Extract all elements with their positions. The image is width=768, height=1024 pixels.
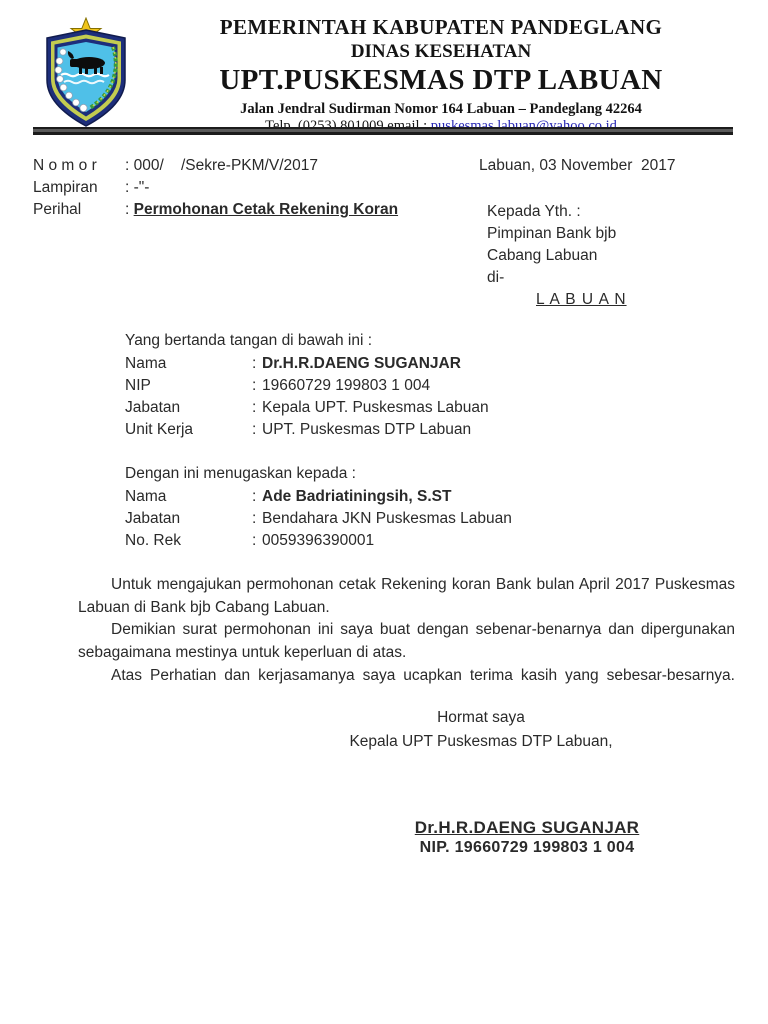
- row-colon: :: [252, 532, 262, 550]
- row-value: Ade Badriatiningsih, S.ST: [262, 488, 451, 505]
- department-name: DINAS KESEHATAN: [142, 41, 740, 62]
- signature-nip: NIP. 19660729 199803 1 004: [381, 839, 673, 857]
- row-colon: :: [252, 421, 262, 439]
- letter-body: Untuk mengajukan permohonan cetak Rekeni…: [78, 574, 735, 688]
- row-label: Nama: [125, 355, 252, 373]
- closing-salutation: Hormat saya: [337, 706, 625, 730]
- row-colon: :: [252, 399, 262, 417]
- perihal-label: Perihal: [33, 201, 125, 219]
- scanned-letter-page: PEMERINTAH KABUPATEN PANDEGLANG DINAS KE…: [0, 0, 768, 1024]
- government-name: PEMERINTAH KABUPATEN PANDEGLANG: [142, 16, 740, 40]
- letterhead-text: PEMERINTAH KABUPATEN PANDEGLANG DINAS KE…: [142, 14, 740, 135]
- signer-row-nip: NIP:19660729 199803 1 004: [125, 377, 430, 395]
- signature-block: Dr.H.R.DAENG SUGANJAR NIP. 19660729 1998…: [381, 818, 673, 857]
- body-paragraph-1: Untuk mengajukan permohonan cetak Rekeni…: [78, 574, 735, 619]
- letterhead-divider: [33, 127, 733, 135]
- lampiran-row: Lampiran: -"-: [33, 179, 149, 197]
- recipient-salutation: Kepada Yth. :: [487, 201, 627, 223]
- lampiran-value: : -"-: [125, 179, 149, 196]
- signer-row-nama: Nama:Dr.H.R.DAENG SUGANJAR: [125, 355, 461, 373]
- recipient-city: L A B U A N: [536, 291, 627, 308]
- office-address: Jalan Jendral Sudirman Nomor 164 Labuan …: [142, 101, 740, 117]
- row-value: Dr.H.R.DAENG SUGANJAR: [262, 355, 461, 372]
- signer-intro: Yang bertanda tangan di bawah ini :: [125, 332, 372, 350]
- letterhead: PEMERINTAH KABUPATEN PANDEGLANG DINAS KE…: [36, 14, 740, 135]
- row-label: Jabatan: [125, 399, 252, 417]
- recipient-city-line: L A B U A N: [487, 289, 627, 311]
- row-label: Unit Kerja: [125, 421, 252, 439]
- assignee-row-nama: Nama:Ade Badriatiningsih, S.ST: [125, 488, 451, 506]
- row-value: 19660729 199803 1 004: [262, 377, 430, 394]
- row-value: Kepala UPT. Puskesmas Labuan: [262, 399, 489, 416]
- row-value: 0059396390001: [262, 532, 374, 549]
- row-colon: :: [252, 510, 262, 528]
- letter-date: Labuan, 03 November 2017: [479, 157, 675, 175]
- perihal-value: Permohonan Cetak Rekening Koran: [134, 201, 398, 218]
- assignee-row-jabatan: Jabatan:Bendahara JKN Puskesmas Labuan: [125, 510, 512, 528]
- signer-row-jabatan: Jabatan:Kepala UPT. Puskesmas Labuan: [125, 399, 489, 417]
- nomor-value: : 000/ /Sekre-PKM/V/2017: [125, 157, 318, 174]
- row-label: Jabatan: [125, 510, 252, 528]
- row-label: NIP: [125, 377, 252, 395]
- lampiran-label: Lampiran: [33, 179, 125, 197]
- row-colon: :: [252, 488, 262, 506]
- nomor-label: N o m o r: [33, 157, 125, 175]
- logo: [36, 14, 142, 135]
- recipient-block: Kepada Yth. : Pimpinan Bank bjb Cabang L…: [487, 201, 627, 311]
- signer-row-unit-kerja: Unit Kerja:UPT. Puskesmas DTP Labuan: [125, 421, 471, 439]
- office-name: UPT.PUSKESMAS DTP LABUAN: [142, 64, 740, 97]
- assignee-row-norek: No. Rek:0059396390001: [125, 532, 374, 550]
- recipient-di: di-: [487, 267, 627, 289]
- recipient-name: Pimpinan Bank bjb: [487, 223, 627, 245]
- body-paragraph-3: Atas Perhatian dan kerjasamanya saya uca…: [78, 665, 735, 688]
- row-colon: :: [252, 377, 262, 395]
- row-value: UPT. Puskesmas DTP Labuan: [262, 421, 471, 438]
- closing-title: Kepala UPT Puskesmas DTP Labuan,: [337, 730, 625, 754]
- row-label: Nama: [125, 488, 252, 506]
- assignee-intro: Dengan ini menugaskan kepada :: [125, 465, 356, 483]
- perihal-row: Perihal: Permohonan Cetak Rekening Koran: [33, 201, 398, 219]
- signature-name: Dr.H.R.DAENG SUGANJAR: [381, 818, 673, 838]
- closing-block: Hormat saya Kepala UPT Puskesmas DTP Lab…: [337, 706, 625, 754]
- nomor-row: N o m o r: 000/ /Sekre-PKM/V/2017: [33, 157, 318, 175]
- row-colon: :: [252, 355, 262, 373]
- perihal-colon: :: [125, 201, 134, 218]
- row-value: Bendahara JKN Puskesmas Labuan: [262, 510, 512, 527]
- row-label: No. Rek: [125, 532, 252, 550]
- body-paragraph-2: Demikian surat permohonan ini saya buat …: [78, 619, 735, 664]
- coat-of-arms-icon: [36, 17, 136, 129]
- recipient-branch: Cabang Labuan: [487, 245, 627, 267]
